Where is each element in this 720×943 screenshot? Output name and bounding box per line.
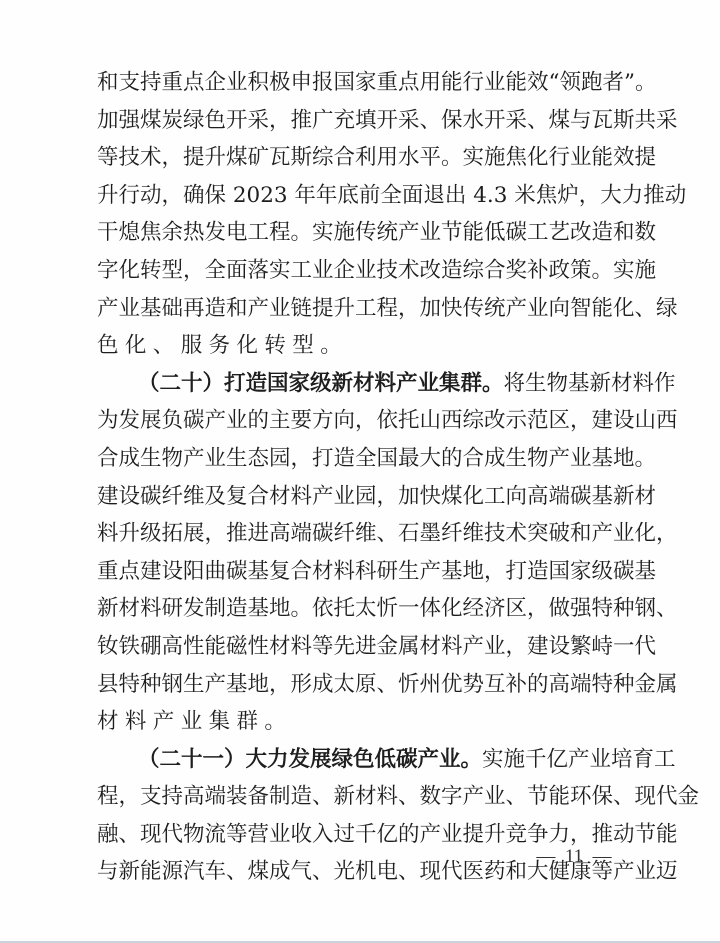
text-line: 建设碳纤维及复合材料产业园，加快煤化工向高端碳基新材 — [97, 478, 633, 516]
text-line: 等技术，提升煤矿瓦斯综合利用水平。实施焦化行业能效提 — [97, 139, 633, 177]
section-heading: （二十一）大力发展绿色低碳产业。 — [138, 747, 482, 772]
text-line: 和支持重点企业积极申报国家重点用能行业能效“领跑者”。 — [97, 64, 633, 102]
text-line: 字化转型，全面落实工业企业技术改造综合奖补政策。实施 — [97, 252, 633, 290]
text-line: 程，支持高端装备制造、新材料、数字产业、节能环保、现代金 — [97, 778, 633, 816]
text-line: 加强煤炭绿色开采，推广充填开采、保水开采、煤与瓦斯共采 — [97, 102, 633, 140]
text-line: 产业基础再造和产业链提升工程，加快传统产业向智能化、绿 — [97, 290, 633, 328]
text-span: 将生物基新材料作 — [504, 371, 676, 396]
text-line: 色化、服务化转型。 — [97, 327, 633, 365]
text-line: 料升级拓展，推进高端碳纤维、石墨纤维技术突破和产业化， — [97, 515, 633, 553]
paragraph-continuation: 和支持重点企业积极申报国家重点用能行业能效“领跑者”。 加强煤炭绿色开采，推广充… — [97, 64, 633, 365]
text-line: 重点建设阳曲碳基复合材料科研生产基地，打造国家级碳基 — [97, 553, 633, 591]
text-span: 实施千亿产业培育工 — [482, 747, 676, 772]
text-line: 县特种钢生产基地，形成太原、忻州优势互补的高端特种金属 — [97, 666, 633, 704]
text-line: 材料产业集群。 — [97, 703, 633, 741]
text-line: 升行动，确保 2023 年年底前全面退出 4.3 米焦炉，大力推动 — [97, 177, 633, 215]
paragraph-section-21: （二十一）大力发展绿色低碳产业。实施千亿产业培育工 程，支持高端装备制造、新材料… — [97, 741, 633, 891]
text-line: 合成生物产业生态园，打造全国最大的合成生物产业基地。 — [97, 440, 633, 478]
text-line: 钕铁硼高性能磁性材料等先进金属材料产业，建设繁峙一代 — [97, 628, 633, 666]
section-heading: （二十）打造国家级新材料产业集群。 — [138, 371, 504, 396]
paragraph-section-20: （二十）打造国家级新材料产业集群。将生物基新材料作 为发展负碳产业的主要方向，依… — [97, 365, 633, 741]
text-line: 干熄焦余热发电工程。实施传统产业节能低碳工艺改造和数 — [97, 214, 633, 252]
text-line: （二十）打造国家级新材料产业集群。将生物基新材料作 — [97, 365, 633, 403]
body-text: 和支持重点企业积极申报国家重点用能行业能效“领跑者”。 加强煤炭绿色开采，推广充… — [97, 64, 633, 891]
text-line: （二十一）大力发展绿色低碳产业。实施千亿产业培育工 — [97, 741, 633, 779]
page-number: — 11 — — [532, 846, 616, 868]
text-line: 新材料研发制造基地。依托太忻一体化经济区，做强特种钢、 — [97, 590, 633, 628]
document-page: 和支持重点企业积极申报国家重点用能行业能效“领跑者”。 加强煤炭绿色开采，推广充… — [0, 0, 720, 941]
text-line: 为发展负碳产业的主要方向，依托山西综改示范区，建设山西 — [97, 402, 633, 440]
